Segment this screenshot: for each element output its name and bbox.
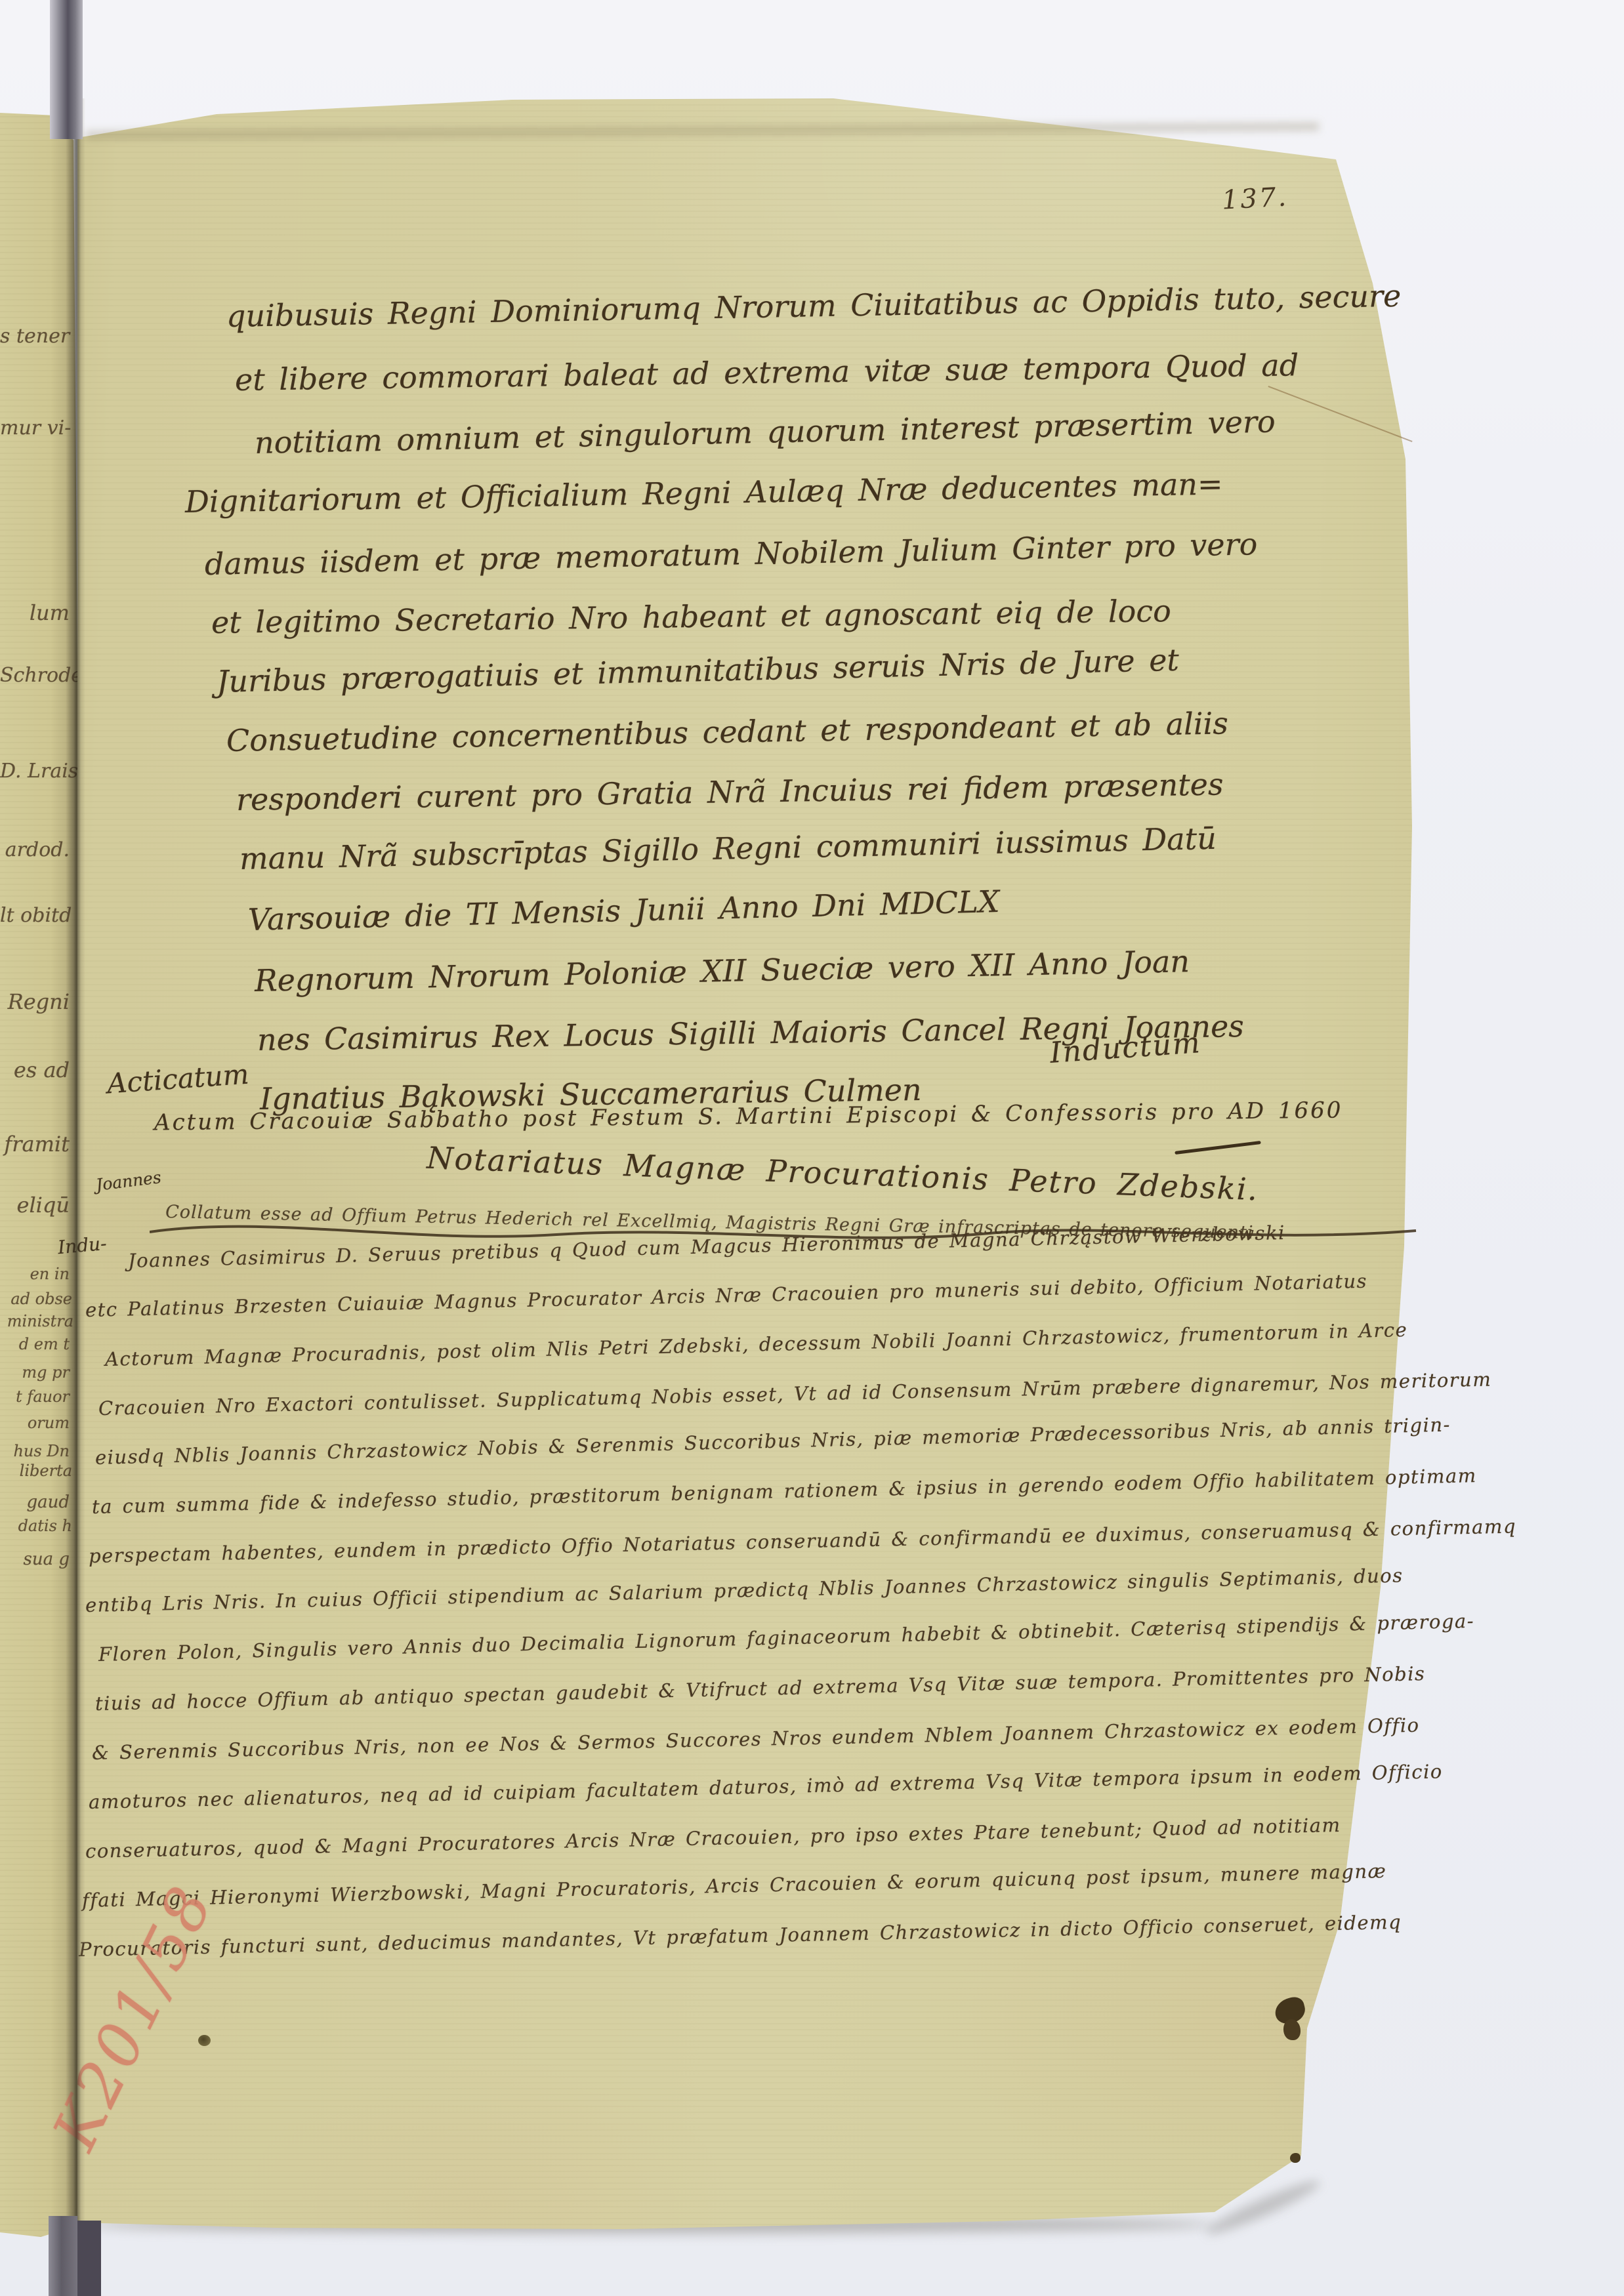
paper-hole (198, 2035, 211, 2046)
manuscript-line: Actorum Magnæ Procuradnis, post olim Nli… (105, 1319, 1408, 1370)
book-clamp-rod (49, 2216, 77, 2296)
manuscript-line: & Serenmis Succoribus Nris, non ee Nos &… (92, 1714, 1420, 1764)
manuscript-line: tiuis ad hocce Offium ab antiquo spectan… (95, 1662, 1426, 1715)
gutter-shadow-bottom (77, 2221, 101, 2296)
manuscript-line: perspectam habentes, eundem in prædicto … (89, 1515, 1517, 1567)
gutter-shadow (66, 98, 85, 2237)
manuscript-line: Cracouien Nro Exactori contulisset. Supp… (98, 1368, 1492, 1420)
manuscript-line: Joannes Casimirus D. Seruus pretibus q Q… (128, 1221, 1286, 1272)
ink-spot (1290, 2153, 1301, 2163)
manuscript-line: ffati Magci Hieronymi Wierzbowski, Magni… (82, 1860, 1387, 1912)
entry-text: Joannes Casimirus D. Seruus pretibus q Q… (0, 0, 1624, 2296)
book-clamp-rod (50, 0, 83, 139)
manuscript-line: eiusdq Nblis Joannis Chrzastowicz Nobis … (95, 1414, 1451, 1469)
manuscript-line: amoturos nec alienaturos, neq ad id cuip… (89, 1760, 1444, 1813)
ink-blot (1283, 2019, 1301, 2040)
manuscript-line: conseruaturos, quod & Magni Procuratores… (85, 1814, 1341, 1862)
manuscript-line: ta cum summa fide & indefesso studio, pr… (92, 1464, 1477, 1518)
manuscript-line: Floren Polon, Singulis vero Annis duo De… (98, 1610, 1475, 1666)
manuscript-line: entibq Lris Nris. In cuius Officii stipe… (85, 1564, 1404, 1616)
manuscript-line: Procuratoris functuri sunt, deducimus ma… (79, 1911, 1402, 1961)
manuscript-line: etc Palatinus Brzesten Cuiauiæ Magnus Pr… (85, 1270, 1368, 1321)
